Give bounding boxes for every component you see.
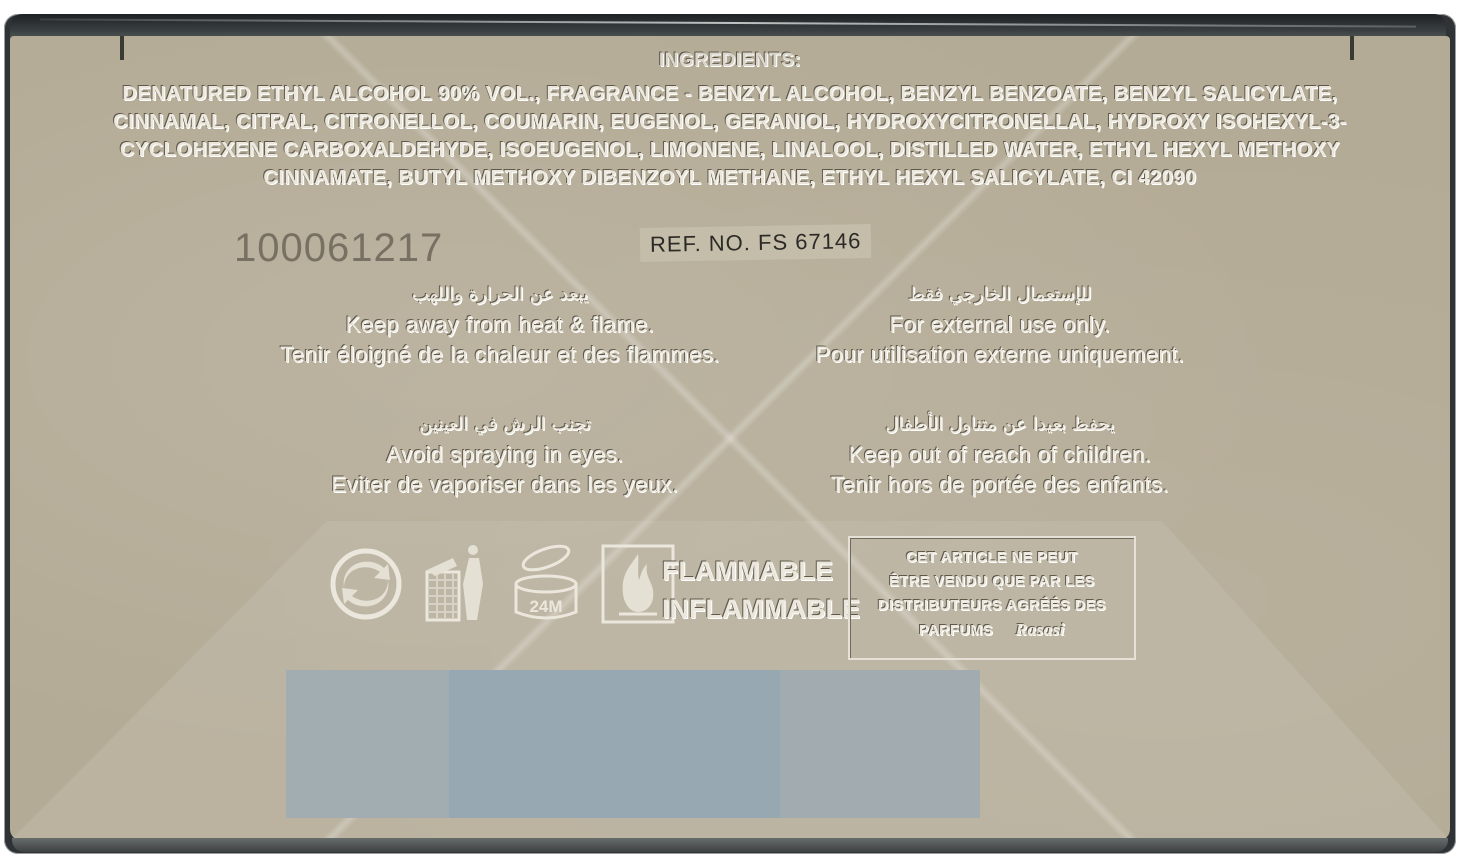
brand-signature: Rasasi [1016,620,1065,639]
ref-number-sticker: REF. NO. FS 67146 [640,224,872,262]
ingredients-list: DENATURED ETHYL ALCOHOL 90% VOL., FRAGRA… [40,80,1420,192]
flammable-french: INFLAMMABLE [662,590,860,628]
warning-heat-english: Keep away from heat & flame. [230,310,770,340]
ingredients-line: CINNAMAL, CITRAL, CITRONELLOL, COUMARIN,… [40,108,1420,136]
warning-children-english: Keep out of reach of children. [780,440,1220,470]
notice-parfums: PARFUMS [919,623,993,639]
warning-eyes: تجنب الرش في العينين Avoid spraying in e… [260,410,750,500]
warning-heat: يبعد عن الحرارة واللهب Keep away from he… [230,280,770,370]
green-dot-recycle-icon [328,544,404,624]
warning-external: للإستعمال الخارجي فقط For external use o… [780,280,1220,370]
warning-external-english: For external use only. [780,310,1220,340]
flammable-english: FLAMMABLE [662,552,860,590]
open-jar-icon: 24M [508,544,584,624]
warning-external-arabic: للإستعمال الخارجي فقط [780,280,1220,310]
warning-eyes-french: Eviter de vaporiser dans les yeux. [260,470,750,500]
symbol-row: 24M [328,544,678,624]
warning-children: يحفظ بعيدا عن متناول الأطفال Keep out of… [780,410,1220,500]
pao-text: 24M [529,597,562,616]
warning-heat-french: Tenir éloigné de la chaleur et des flamm… [230,340,770,370]
blank-blue-label [286,670,940,818]
warning-children-french: Tenir hors de portée des enfants. [780,470,1220,500]
notice-line: DISTRIBUTEURS AGRÉÉS DES [850,594,1134,618]
ingredients-line: CYCLOHEXENE CARBOXALDEHYDE, ISOEUGENOL, … [40,136,1420,164]
ingredients-line: DENATURED ETHYL ALCOHOL 90% VOL., FRAGRA… [40,80,1420,108]
ingredients-title: INGREDIENTS: [10,50,1450,72]
authorized-distributor-notice: CET ARTICLE NE PEUT ÊTRE VENDU QUE PAR L… [848,536,1136,660]
blue-label-left-section [286,670,449,818]
warning-external-french: Pour utilisation externe uniquement. [780,340,1220,370]
warning-eyes-arabic: تجنب الرش في العينين [260,410,750,440]
tidyman-bin-icon [418,544,494,624]
notice-line: PARFUMS Rasasi [850,618,1134,643]
box-back-panel: INGREDIENTS: DENATURED ETHYL ALCOHOL 90%… [10,36,1450,841]
warning-eyes-english: Avoid spraying in eyes. [260,440,750,470]
blue-label-right-section [780,670,980,818]
warning-heat-arabic: يبعد عن الحرارة واللهب [230,280,770,310]
ingredients-line: CINNAMATE, BUTYL METHOXY DIBENZOYL METHA… [40,164,1420,192]
lot-number: 100061217 [234,226,443,271]
warning-children-arabic: يحفظ بعيدا عن متناول الأطفال [780,410,1220,440]
notice-line: ÊTRE VENDU QUE PAR LES [850,570,1134,594]
flammable-label: FLAMMABLE INFLAMMABLE [662,552,860,628]
box-bottom-edge [12,838,1448,852]
notice-line: CET ARTICLE NE PEUT [850,546,1134,570]
